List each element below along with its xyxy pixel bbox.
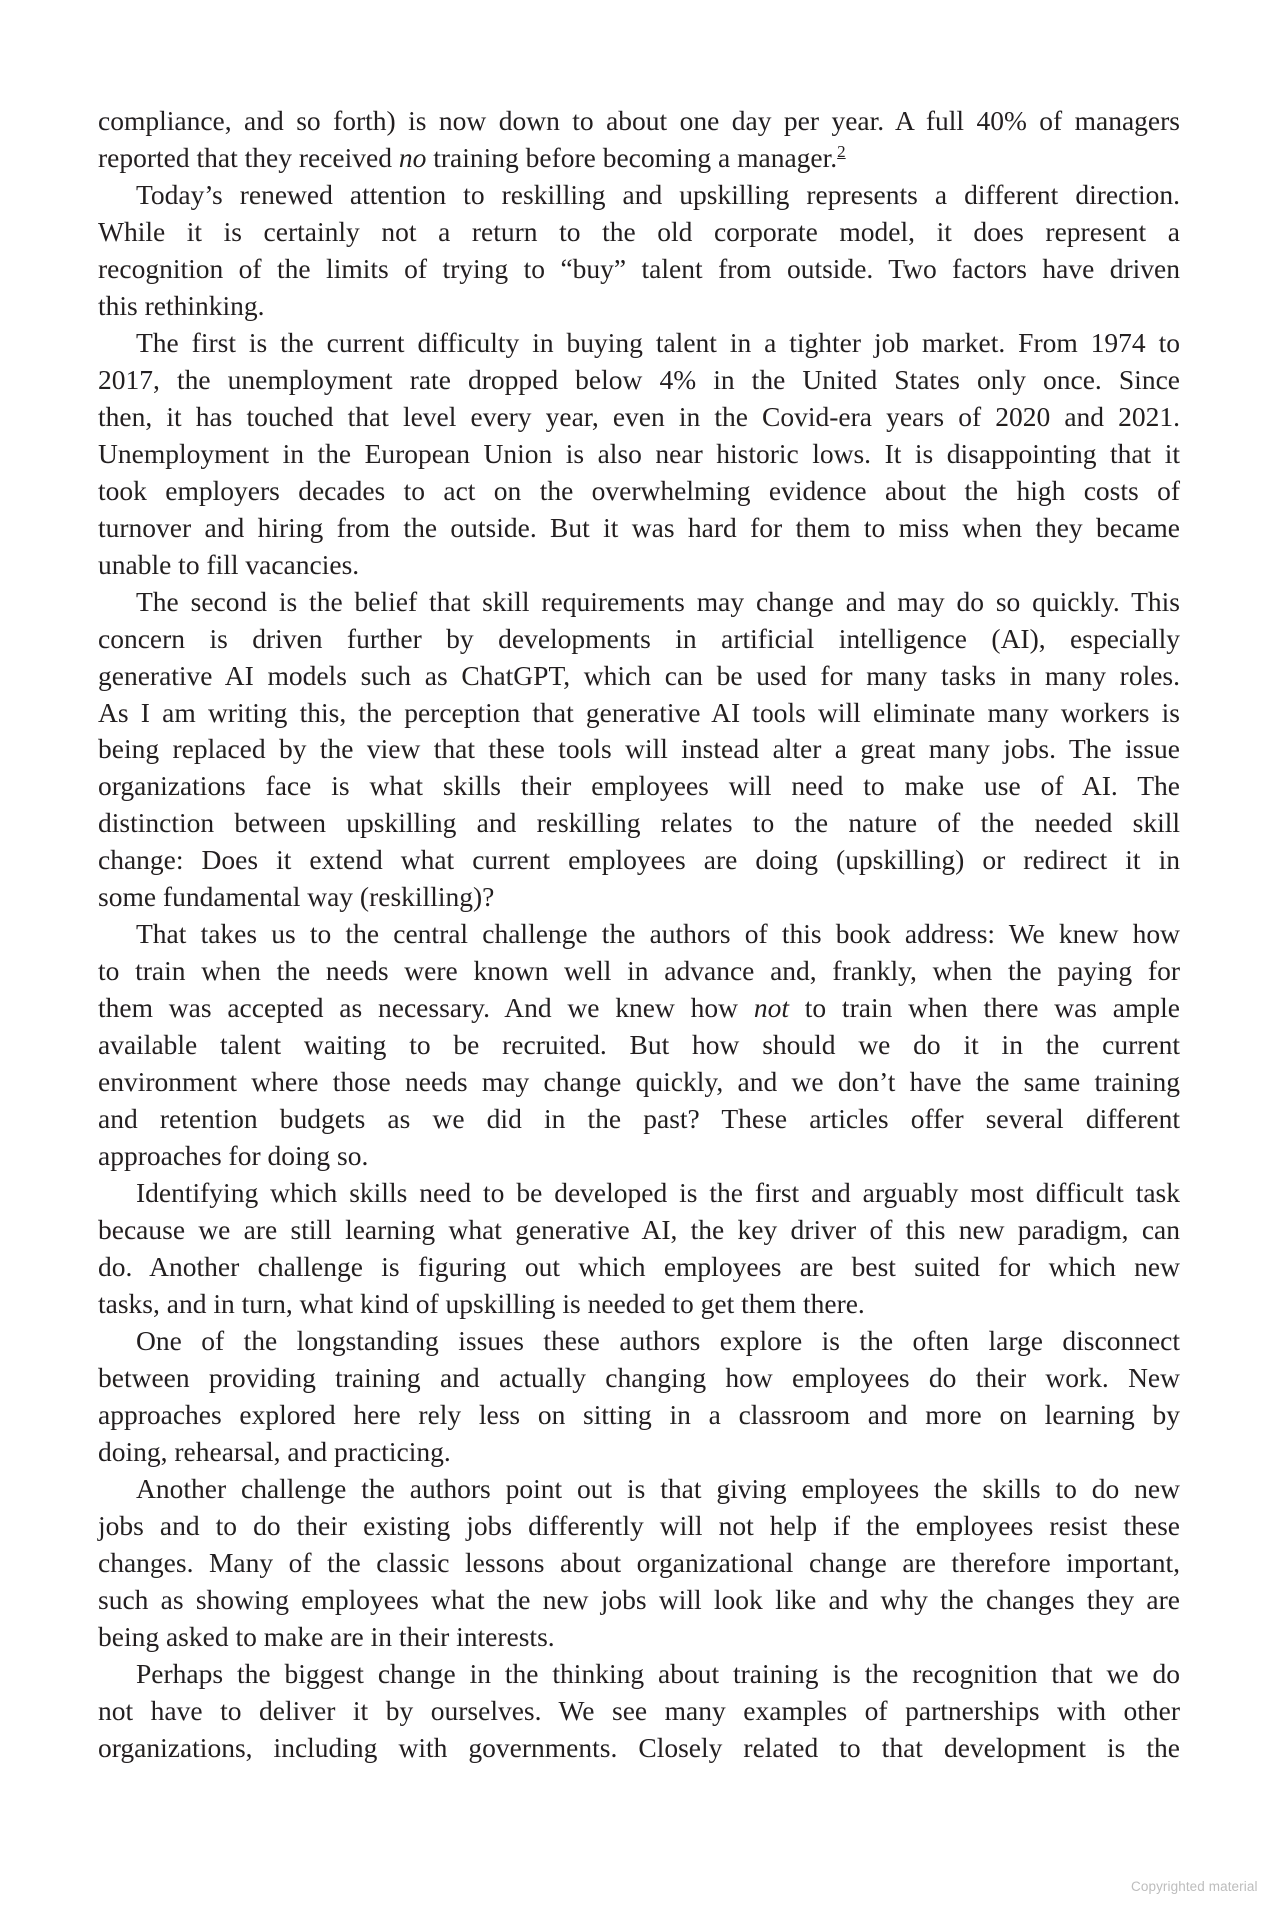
copyright-watermark: Copyrighted material xyxy=(1131,1879,1258,1894)
text-line: turnover and hiring from the outside. Bu… xyxy=(98,510,1180,547)
text-line: unable to fill vacancies. xyxy=(98,547,1180,584)
text-line: then, it has touched that level every ye… xyxy=(98,399,1180,436)
text-line: As I am writing this, the perception tha… xyxy=(98,695,1180,732)
paragraph: The first is the current difficulty in b… xyxy=(98,325,1180,584)
paragraph: One of the longstanding issues these aut… xyxy=(98,1323,1180,1471)
text-line: Perhaps the biggest change in the thinki… xyxy=(98,1656,1180,1693)
text-line: While it is certainly not a return to th… xyxy=(98,214,1180,251)
text-line: The second is the belief that skill requ… xyxy=(98,584,1180,621)
body-text: compliance, and so forth) is now down to… xyxy=(98,103,1180,1767)
footnote-link[interactable]: 2 xyxy=(837,142,846,161)
text-line: Today’s renewed attention to reskilling … xyxy=(98,177,1180,214)
text-line: Unemployment in the European Union is al… xyxy=(98,436,1180,473)
text-line: available talent waiting to be recruited… xyxy=(98,1027,1180,1064)
text-line: being replaced by the view that these to… xyxy=(98,731,1180,768)
text-line: between providing training and actually … xyxy=(98,1360,1180,1397)
text-line: some fundamental way (reskilling)? xyxy=(98,879,1180,916)
text-line: generative AI models such as ChatGPT, wh… xyxy=(98,658,1180,695)
text-line: doing, rehearsal, and practicing. xyxy=(98,1434,1180,1471)
text-line: Identifying which skills need to be deve… xyxy=(98,1175,1180,1212)
text-line: distinction between upskilling and reski… xyxy=(98,805,1180,842)
text-line: not have to deliver it by ourselves. We … xyxy=(98,1693,1180,1730)
text-line: approaches for doing so. xyxy=(98,1138,1180,1175)
text-line: and retention budgets as we did in the p… xyxy=(98,1101,1180,1138)
emphasis: not xyxy=(754,992,789,1023)
emphasis: no xyxy=(399,142,427,173)
text-line: environment where those needs may change… xyxy=(98,1064,1180,1101)
text-line: them was accepted as necessary. And we k… xyxy=(98,990,1180,1027)
text-line: tasks, and in turn, what kind of upskill… xyxy=(98,1286,1180,1323)
book-page: compliance, and so forth) is now down to… xyxy=(0,0,1280,1918)
text-line: reported that they received no training … xyxy=(98,140,1180,177)
text-line: One of the longstanding issues these aut… xyxy=(98,1323,1180,1360)
text-line: Another challenge the authors point out … xyxy=(98,1471,1180,1508)
paragraph: Another challenge the authors point out … xyxy=(98,1471,1180,1656)
text-line: because we are still learning what gener… xyxy=(98,1212,1180,1249)
text-line: recognition of the limits of trying to “… xyxy=(98,251,1180,288)
text-line: jobs and to do their existing jobs diffe… xyxy=(98,1508,1180,1545)
text-line: this rethinking. xyxy=(98,288,1180,325)
text-line: concern is driven further by development… xyxy=(98,621,1180,658)
text-line: being asked to make are in their interes… xyxy=(98,1619,1180,1656)
paragraph: Perhaps the biggest change in the thinki… xyxy=(98,1656,1180,1767)
paragraph: compliance, and so forth) is now down to… xyxy=(98,103,1180,177)
paragraph: That takes us to the central challenge t… xyxy=(98,916,1180,1175)
text-line: to train when the needs were known well … xyxy=(98,953,1180,990)
text-line: The first is the current difficulty in b… xyxy=(98,325,1180,362)
paragraph: Today’s renewed attention to reskilling … xyxy=(98,177,1180,325)
text-line: 2017, the unemployment rate dropped belo… xyxy=(98,362,1180,399)
text-line: approaches explored here rely less on si… xyxy=(98,1397,1180,1434)
text-line: do. Another challenge is figuring out wh… xyxy=(98,1249,1180,1286)
text-line: took employers decades to act on the ove… xyxy=(98,473,1180,510)
text-line: organizations face is what skills their … xyxy=(98,768,1180,805)
text-line: That takes us to the central challenge t… xyxy=(98,916,1180,953)
text-line: changes. Many of the classic lessons abo… xyxy=(98,1545,1180,1582)
text-line: such as showing employees what the new j… xyxy=(98,1582,1180,1619)
paragraph: The second is the belief that skill requ… xyxy=(98,584,1180,917)
text-line: organizations, including with government… xyxy=(98,1730,1180,1767)
text-line: change: Does it extend what current empl… xyxy=(98,842,1180,879)
paragraph: Identifying which skills need to be deve… xyxy=(98,1175,1180,1323)
text-line: compliance, and so forth) is now down to… xyxy=(98,103,1180,140)
